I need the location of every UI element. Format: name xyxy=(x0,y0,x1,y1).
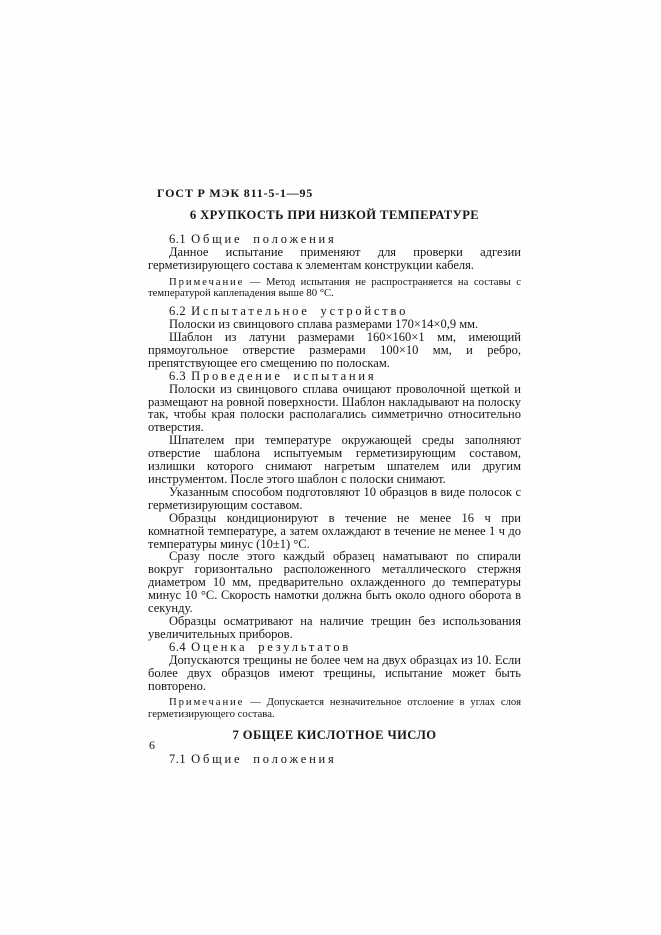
subsection-6-4-number: 6.4 xyxy=(169,640,186,654)
subsection-6-2-label: Испытательное устройство xyxy=(191,304,408,318)
doc-header: ГОСТ Р МЭК 811-5-1—95 xyxy=(157,186,313,201)
document-page: ГОСТ Р МЭК 811-5-1—95 6 ХРУПКОСТЬ ПРИ НИ… xyxy=(0,0,661,935)
page-number: 6 xyxy=(149,738,155,753)
paragraph-6-2-2: Шаблон из латуни размерами 160×160×1 мм,… xyxy=(148,331,521,370)
subsection-6-3-heading: 6.3Проведение испытания xyxy=(148,370,521,383)
subsection-6-3-number: 6.3 xyxy=(169,369,186,383)
paragraph-6-3-5: Сразу после этого каждый образец наматыв… xyxy=(148,550,521,615)
subsection-7-1-number: 7.1 xyxy=(169,752,186,766)
note-6-1: Примечание — Метод испытания не распрост… xyxy=(148,277,521,300)
note-6-4: Примечание — Допускается незначительное … xyxy=(148,697,521,720)
section-6-title: 6 ХРУПКОСТЬ ПРИ НИЗКОЙ ТЕМПЕРАТУРЕ xyxy=(148,209,521,222)
subsection-6-4-heading: 6.4Оценка результатов xyxy=(148,641,521,654)
subsection-6-1-label: Общие положения xyxy=(191,232,336,246)
paragraph-6-3-2: Шпателем при температуре окружающей сред… xyxy=(148,434,521,486)
paragraph-6-3-1: Полоски из свинцового сплава очищают про… xyxy=(148,383,521,435)
subsection-7-1-label: Общие положения xyxy=(191,752,336,766)
paragraph-6-3-6: Образцы осматривают на наличие трещин бе… xyxy=(148,615,521,641)
page-content: 6 ХРУПКОСТЬ ПРИ НИЗКОЙ ТЕМПЕРАТУРЕ 6.1Об… xyxy=(148,209,521,766)
paragraph-6-3-4: Образцы кондиционируют в течение не мене… xyxy=(148,512,521,551)
subsection-6-4-label: Оценка результатов xyxy=(191,640,351,654)
subsection-6-1-heading: 6.1Общие положения xyxy=(148,233,521,246)
subsection-7-1-heading: 7.1Общие положения xyxy=(148,753,521,766)
subsection-6-3-label: Проведение испытания xyxy=(191,369,376,383)
note-6-1-label: Примечание xyxy=(169,276,244,288)
subsection-6-2-number: 6.2 xyxy=(169,304,186,318)
note-6-4-label: Примечание xyxy=(169,696,244,708)
subsection-6-1-number: 6.1 xyxy=(169,232,186,246)
section-7-title: 7 ОБЩЕЕ КИСЛОТНОЕ ЧИСЛО xyxy=(148,729,521,742)
paragraph-6-4-1: Допускаются трещины не более чем на двух… xyxy=(148,654,521,693)
paragraph-6-3-3: Указанным способом подготовляют 10 образ… xyxy=(148,486,521,512)
paragraph-6-1-1: Данное испытание применяют для проверки … xyxy=(148,246,521,272)
